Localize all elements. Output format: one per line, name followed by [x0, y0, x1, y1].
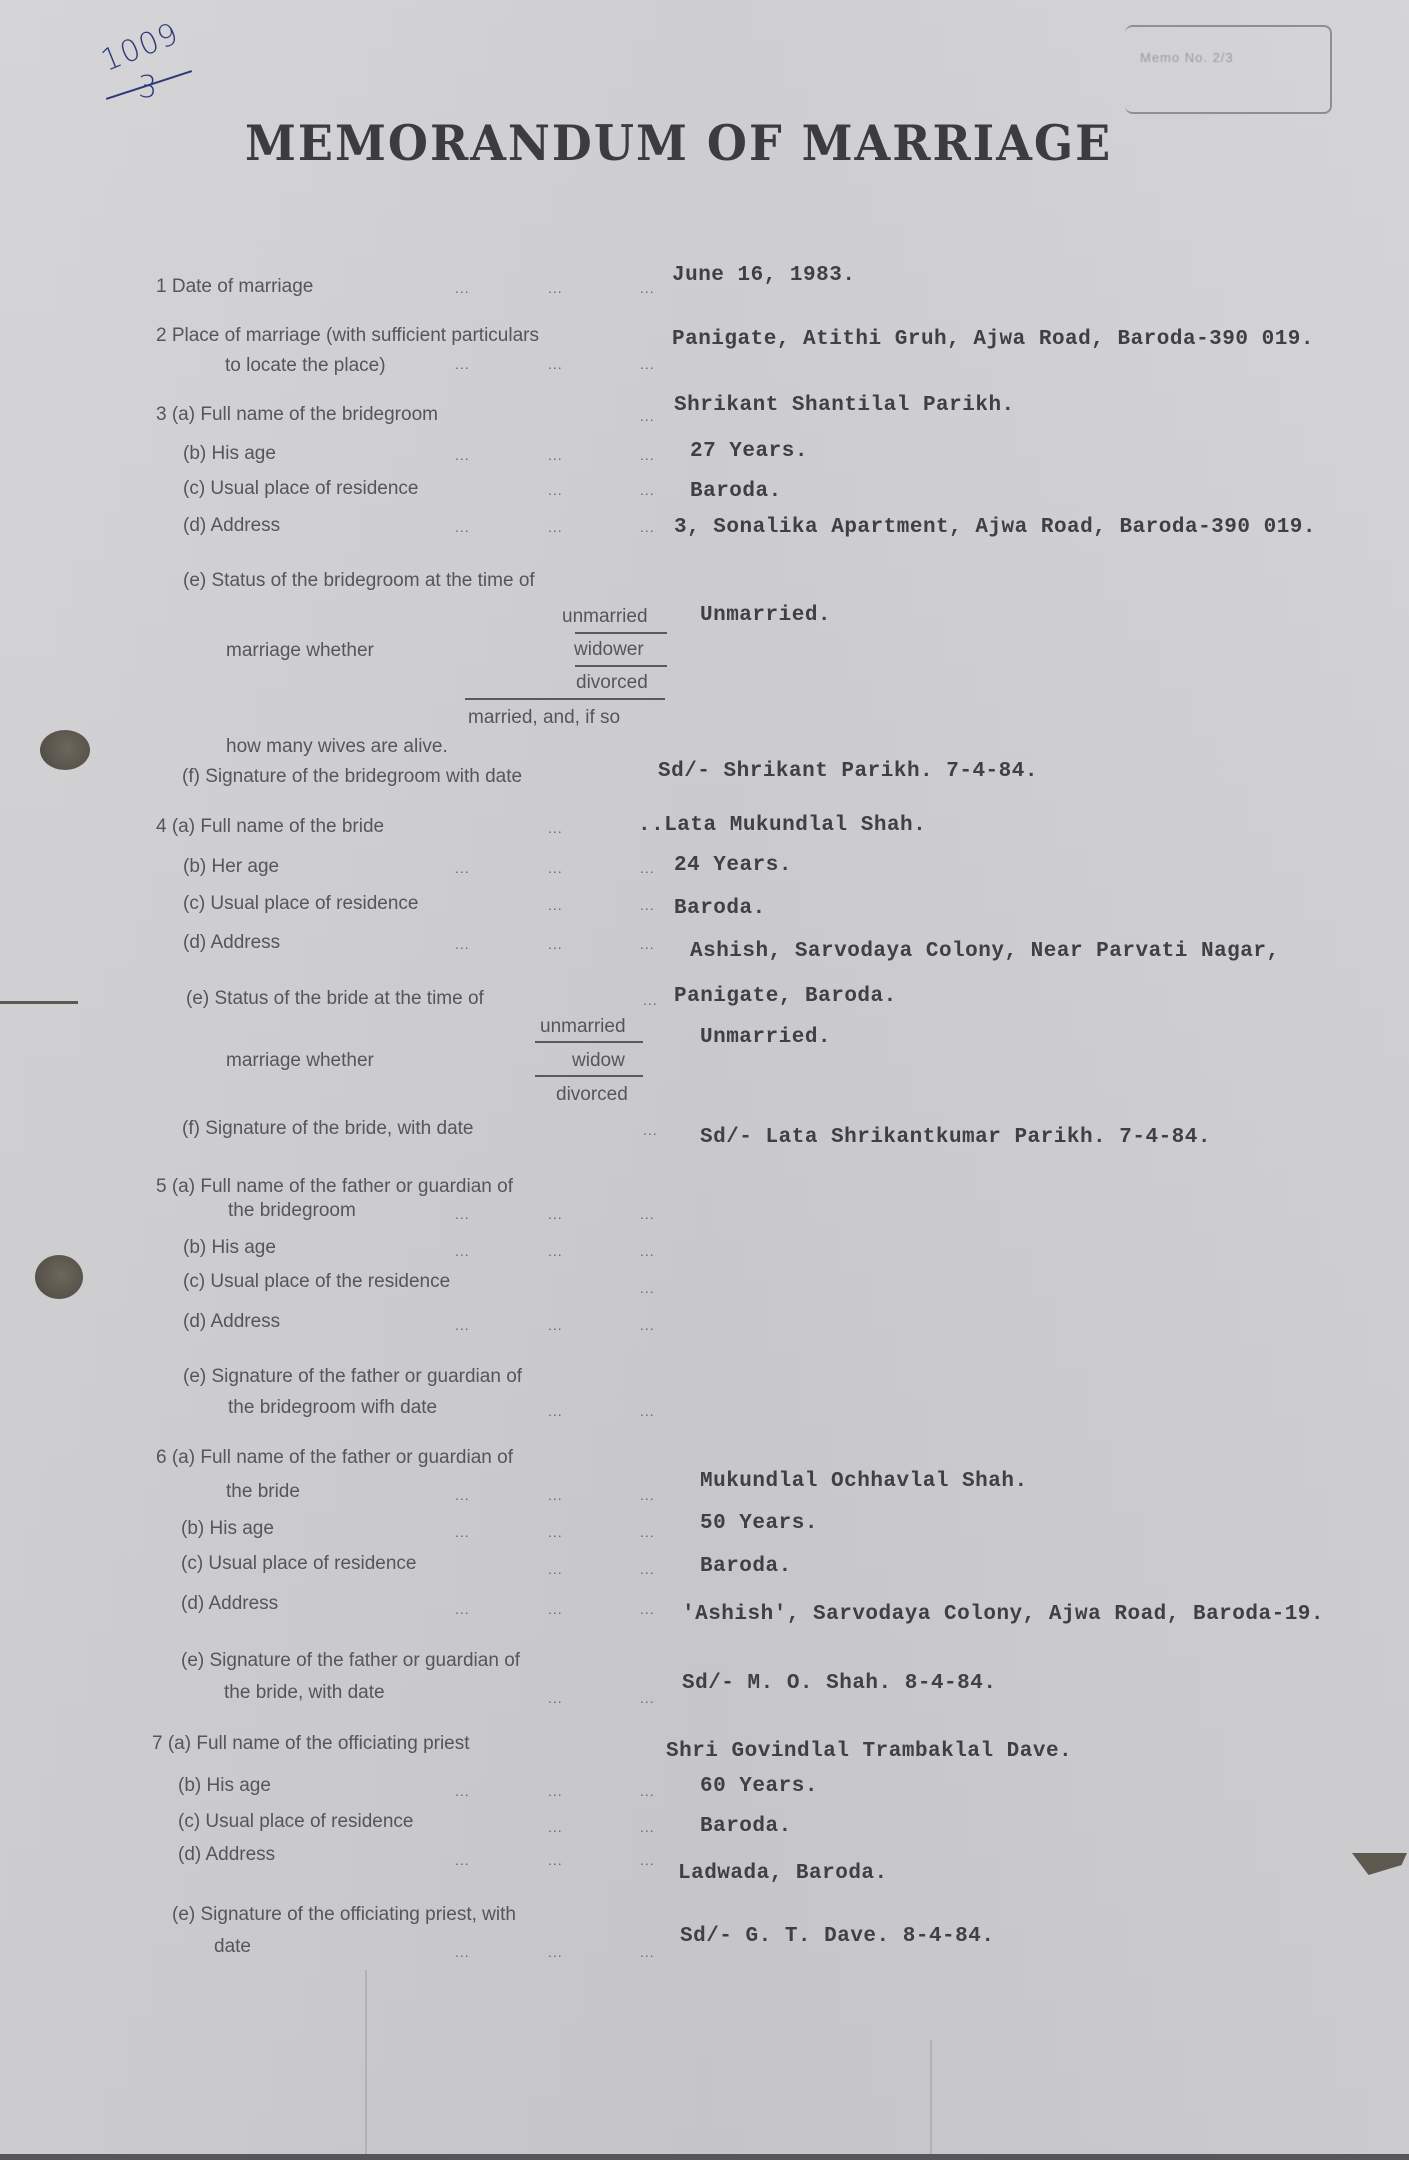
value-bride-father-address: 'Ashish', Sarvodaya Colony, Ajwa Road, B…: [682, 1603, 1324, 1626]
label-bride-age: (b) Her age: [183, 856, 279, 878]
label-bridegroom-signature: (f) Signature of the bridegroom with dat…: [182, 766, 522, 788]
label-groom-father-residence: (c) Usual place of the residence: [183, 1271, 450, 1293]
page-bottom-edge: [0, 2154, 1409, 2160]
label-bride-father-name: 6 (a) Full name of the father or guardia…: [156, 1447, 513, 1469]
leader-dots: ...: [640, 860, 655, 876]
status-option-unmarried: unmarried: [562, 606, 648, 628]
value-place-of-marriage: Panigate, Atithi Gruh, Ajwa Road, Baroda…: [672, 328, 1314, 351]
leader-dots: ...: [640, 1819, 655, 1835]
leader-dots: ...: [455, 447, 470, 463]
value-bridegroom-age: 27 Years.: [690, 440, 808, 463]
label-groom-father-age: (b) His age: [183, 1237, 276, 1259]
status-option-widower: widower: [574, 639, 644, 661]
leader-dots: ...: [548, 1690, 563, 1706]
leader-dots: ...: [455, 936, 470, 952]
leader-dots: ...: [455, 1944, 470, 1960]
label-priest-residence: (c) Usual place of residence: [178, 1811, 414, 1833]
value-bride-address-line1: Ashish, Sarvodaya Colony, Near Parvati N…: [690, 940, 1280, 963]
value-priest-address: Ladwada, Baroda.: [678, 1862, 888, 1885]
status-option-married: married, and, if so: [468, 707, 620, 729]
label-bride-father-signature-cont: the bride, with date: [224, 1682, 385, 1704]
label-bride-father-address: (d) Address: [181, 1593, 278, 1615]
value-bride-father-residence: Baroda.: [700, 1555, 792, 1578]
label-bridegroom-age: (b) His age: [183, 443, 276, 465]
paper-crease: [365, 1970, 367, 2160]
leader-dots: ...: [455, 356, 470, 372]
leader-dots: ...: [640, 280, 655, 296]
leader-dots: ...: [640, 356, 655, 372]
value-bride-status: Unmarried.: [700, 1026, 831, 1049]
value-bride-name: ..Lata Mukundlal Shah.: [638, 814, 926, 837]
leader-dots: ...: [640, 1524, 655, 1540]
status-option-divorced: divorced: [576, 672, 648, 694]
leader-dots: ...: [455, 1601, 470, 1617]
status-divider: [535, 1075, 643, 1077]
value-bridegroom-address: 3, Sonalika Apartment, Ajwa Road, Baroda…: [674, 516, 1316, 539]
value-date-of-marriage: June 16, 1983.: [672, 264, 855, 287]
label-groom-father-name-cont: the bridegroom: [228, 1200, 356, 1222]
status-option-widow: widow: [572, 1050, 625, 1072]
leader-dots: ...: [548, 860, 563, 876]
leader-dots: ...: [548, 1487, 563, 1503]
value-priest-age: 60 Years.: [700, 1775, 818, 1798]
leader-dots: ...: [640, 897, 655, 913]
edge-tear-mark: [1352, 1853, 1407, 1875]
leader-dots: ...: [548, 1944, 563, 1960]
label-groom-father-name: 5 (a) Full name of the father or guardia…: [156, 1176, 513, 1198]
leader-dots: ...: [455, 1487, 470, 1503]
label-bridegroom-residence: (c) Usual place of residence: [183, 478, 419, 500]
status-divider: [575, 632, 667, 634]
label-bride-name: 4 (a) Full name of the bride: [156, 816, 384, 838]
handwritten-denominator: 3: [138, 70, 157, 105]
leader-dots: ...: [548, 1561, 563, 1577]
leader-dots: ...: [640, 1206, 655, 1222]
value-bride-father-name: Mukundlal Ochhavlal Shah.: [700, 1470, 1028, 1493]
leader-dots: ...: [640, 1561, 655, 1577]
value-priest-name: Shri Govindlal Trambaklal Dave.: [666, 1740, 1072, 1763]
label-bride-status: (e) Status of the bride at the time of: [186, 988, 484, 1010]
label-marriage-whether: marriage whether: [226, 640, 374, 662]
leader-dots: ...: [548, 897, 563, 913]
value-bride-father-signature: Sd/- M. O. Shah. 8-4-84.: [682, 1672, 996, 1695]
value-bride-age: 24 Years.: [674, 854, 792, 877]
leader-dots: ...: [640, 1783, 655, 1799]
label-groom-father-signature-cont: the bridegroom wifh date: [228, 1397, 437, 1419]
leader-dots: ...: [643, 992, 658, 1008]
leader-dots: ...: [455, 280, 470, 296]
leader-dots: ...: [548, 1601, 563, 1617]
label-place-of-marriage: 2 Place of marriage (with sufficient par…: [156, 325, 539, 347]
office-stamp-text: Memo No. 2/3: [1140, 50, 1234, 65]
label-bride-address: (d) Address: [183, 932, 280, 954]
leader-dots: ...: [640, 519, 655, 535]
document-title: MEMORANDUM OF MARRIAGE: [245, 115, 1112, 172]
value-bride-residence: Baroda.: [674, 897, 766, 920]
office-stamp-box: [1125, 25, 1332, 114]
label-date-of-marriage: 1 Date of marriage: [156, 276, 313, 298]
leader-dots: ...: [640, 1280, 655, 1296]
leader-dots: ...: [640, 1403, 655, 1419]
leader-dots: ...: [640, 1317, 655, 1333]
leader-dots: ...: [455, 1783, 470, 1799]
label-priest-name: 7 (a) Full name of the officiating pries…: [152, 1733, 470, 1755]
label-bride-signature: (f) Signature of the bride, with date: [182, 1118, 474, 1140]
leader-dots: ...: [640, 1690, 655, 1706]
status-divider: [575, 665, 667, 667]
value-bridegroom-name: Shrikant Shantilal Parikh.: [674, 394, 1015, 417]
leader-dots: ...: [548, 280, 563, 296]
leader-dots: ...: [455, 519, 470, 535]
leader-dots: ...: [548, 1206, 563, 1222]
leader-dots: ...: [548, 1783, 563, 1799]
value-bride-father-age: 50 Years.: [700, 1512, 818, 1535]
leader-dots: ...: [640, 1944, 655, 1960]
edge-tear-mark: [0, 1001, 78, 1004]
punch-hole: [40, 730, 90, 770]
leader-dots: ...: [548, 447, 563, 463]
leader-dots: ...: [640, 1243, 655, 1259]
value-priest-residence: Baroda.: [700, 1815, 792, 1838]
label-priest-age: (b) His age: [178, 1775, 271, 1797]
label-bridegroom-name: 3 (a) Full name of the bridegroom: [156, 404, 438, 426]
leader-dots: ...: [548, 1243, 563, 1259]
leader-dots: ...: [640, 1487, 655, 1503]
leader-dots: ...: [643, 1122, 658, 1138]
label-place-of-marriage-cont: to locate the place): [225, 355, 386, 377]
label-groom-father-address: (d) Address: [183, 1311, 280, 1333]
value-bridegroom-signature: Sd/- Shrikant Parikh. 7-4-84.: [658, 760, 1038, 783]
leader-dots: ...: [455, 1852, 470, 1868]
leader-dots: ...: [640, 1852, 655, 1868]
leader-dots: ...: [640, 408, 655, 424]
leader-dots: ...: [548, 1819, 563, 1835]
status-divider: [535, 1041, 643, 1043]
leader-dots: ...: [548, 936, 563, 952]
leader-dots: ...: [455, 1243, 470, 1259]
label-marriage-whether: marriage whether: [226, 1050, 374, 1072]
leader-dots: ...: [455, 1524, 470, 1540]
leader-dots: ...: [640, 482, 655, 498]
label-groom-father-signature: (e) Signature of the father or guardian …: [183, 1366, 522, 1388]
leader-dots: ...: [548, 1524, 563, 1540]
value-bridegroom-residence: Baroda.: [690, 480, 782, 503]
label-bridegroom-status: (e) Status of the bridegroom at the time…: [183, 570, 535, 592]
label-priest-signature: (e) Signature of the officiating priest,…: [172, 1904, 516, 1926]
leader-dots: ...: [548, 1317, 563, 1333]
punch-hole: [35, 1255, 83, 1299]
leader-dots: ...: [548, 1403, 563, 1419]
value-bridegroom-status: Unmarried.: [700, 604, 831, 627]
status-divider: [465, 698, 665, 700]
leader-dots: ...: [455, 1317, 470, 1333]
label-bride-father-name-cont: the bride: [226, 1481, 300, 1503]
leader-dots: ...: [548, 519, 563, 535]
leader-dots: ...: [455, 860, 470, 876]
label-bride-father-age: (b) His age: [181, 1518, 274, 1540]
value-priest-signature: Sd/- G. T. Dave. 8-4-84.: [680, 1925, 994, 1948]
leader-dots: ...: [548, 356, 563, 372]
leader-dots: ...: [640, 447, 655, 463]
label-bride-father-signature: (e) Signature of the father or guardian …: [181, 1650, 520, 1672]
value-bride-signature: Sd/- Lata Shrikantkumar Parikh. 7-4-84.: [700, 1126, 1211, 1149]
status-option-divorced: divorced: [556, 1084, 628, 1106]
leader-dots: ...: [548, 1852, 563, 1868]
leader-dots: ...: [640, 1601, 655, 1617]
label-bride-residence: (c) Usual place of residence: [183, 893, 419, 915]
status-option-unmarried: unmarried: [540, 1016, 626, 1038]
leader-dots: ...: [548, 482, 563, 498]
label-bridegroom-address: (d) Address: [183, 515, 280, 537]
value-bride-address-line2: Panigate, Baroda.: [674, 985, 897, 1008]
leader-dots: ...: [455, 1206, 470, 1222]
label-wives-alive: how many wives are alive.: [226, 736, 448, 758]
leader-dots: ...: [640, 936, 655, 952]
label-priest-address: (d) Address: [178, 1844, 275, 1866]
leader-dots: ...: [548, 820, 563, 836]
paper-crease: [930, 2040, 932, 2160]
label-priest-signature-cont: date: [214, 1936, 251, 1958]
label-bride-father-residence: (c) Usual place of residence: [181, 1553, 417, 1575]
